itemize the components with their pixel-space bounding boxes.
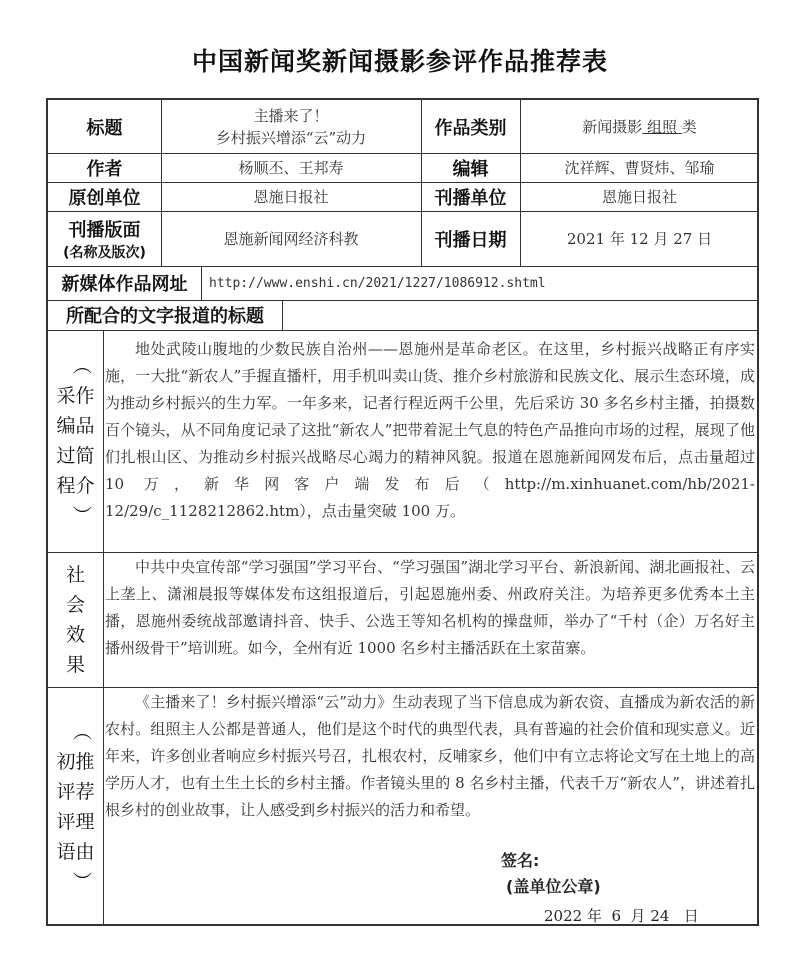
category-value: 新闻摄影 组照 类	[520, 100, 759, 153]
title-value: 主播来了！ 乡村振兴增添“云”动力	[161, 100, 421, 153]
author-label: 作者	[48, 153, 161, 182]
publish-unit-label: 刊播单位	[421, 182, 520, 211]
process-label-line: 过简	[56, 441, 94, 471]
recommendation-label-line: 评理	[56, 807, 94, 837]
social-effect-label-line: 效	[66, 620, 85, 650]
close-bracket-icon: ︶	[59, 501, 92, 531]
row-divider	[48, 330, 759, 331]
publish-date-label: 刊播日期	[421, 211, 520, 266]
origin-unit-value: 恩施日报社	[161, 182, 421, 211]
title-line-1: 主播来了！	[253, 105, 328, 127]
social-effect-label-line: 果	[66, 650, 85, 680]
title-label: 标题	[48, 100, 161, 153]
editor-label: 编辑	[421, 153, 520, 182]
related-text-title-value	[282, 300, 759, 330]
publish-unit-value: 恩施日报社	[520, 182, 759, 211]
category-type-text: 组照	[647, 118, 677, 136]
social-effect-label-line: 社	[66, 560, 85, 590]
recommendation-label-line: 评荐	[56, 777, 94, 807]
publish-date-value: 2021 年 12 月 27 日	[520, 211, 759, 266]
open-bracket-icon: ︵	[59, 351, 92, 381]
author-value: 杨顺丕、王邦寿	[161, 153, 421, 182]
open-bracket-icon: ︵	[59, 717, 92, 747]
process-label-line: 采作	[56, 381, 94, 411]
origin-unit-label: 原创单位	[48, 182, 161, 211]
publish-section-label: 刊播版面 (名称及版次)	[48, 211, 161, 266]
recommendation-label: ︵ 初推 评荐 评理 语由 ︶	[48, 687, 103, 926]
seal-label: (盖单位公章)	[506, 874, 601, 897]
social-effect-label: 社 会 效 果	[48, 552, 103, 687]
close-bracket-icon: ︶	[59, 867, 92, 897]
social-effect-text: 中共中央宣传部“学习强国”学习平台、“学习强国”湖北学习平台、新浪新闻、湖北画报…	[105, 554, 755, 662]
category-label: 作品类别	[421, 100, 520, 153]
process-label: ︵ 采作 编品 过简 程介 ︶	[48, 330, 103, 552]
row-divider	[48, 687, 759, 688]
newmedia-url-label: 新媒体作品网址	[48, 266, 201, 300]
publish-section-value: 恩施新闻网经济科教	[161, 211, 421, 266]
process-text: 地处武陵山腹地的少数民族自治州——恩施州是革命老区。在这里，乡村振兴战略正有序实…	[105, 336, 755, 525]
category-prefix: 新闻摄影	[582, 116, 642, 138]
signature-label: 签名:	[501, 848, 539, 871]
row-divider	[48, 552, 759, 553]
process-label-line: 编品	[56, 411, 94, 441]
editor-value: 沈祥辉、曹贤炜、邹瑜	[520, 153, 759, 182]
category-type: 组照	[642, 116, 682, 138]
title-line-2: 乡村振兴增添“云”动力	[216, 127, 366, 149]
newmedia-url-value[interactable]: http://www.enshi.cn/2021/1227/1086912.sh…	[201, 266, 759, 300]
signature-date: 2022 年 6 月 24 日	[544, 905, 699, 926]
category-suffix: 类	[682, 116, 697, 138]
col-divider	[103, 330, 104, 926]
related-text-title-label: 所配合的文字报道的标题	[48, 300, 282, 330]
recommendation-text: 《主播来了！乡村振兴增添“云”动力》生动表现了当下信息成为新农资、直播成为新农活…	[105, 689, 755, 824]
recommendation-label-line: 语由	[56, 837, 94, 867]
publish-section-label-sub: (名称及版次)	[63, 242, 146, 262]
process-label-line: 程介	[56, 471, 94, 501]
publish-section-label-main: 刊播版面	[69, 216, 141, 242]
recommendation-label-line: 初推	[56, 747, 94, 777]
recommendation-form-table: 标题 主播来了！ 乡村振兴增添“云”动力 作品类别 新闻摄影 组照 类 作者 杨…	[46, 98, 759, 926]
page-title: 中国新闻奖新闻摄影参评作品推荐表	[0, 42, 800, 78]
social-effect-label-line: 会	[66, 590, 85, 620]
